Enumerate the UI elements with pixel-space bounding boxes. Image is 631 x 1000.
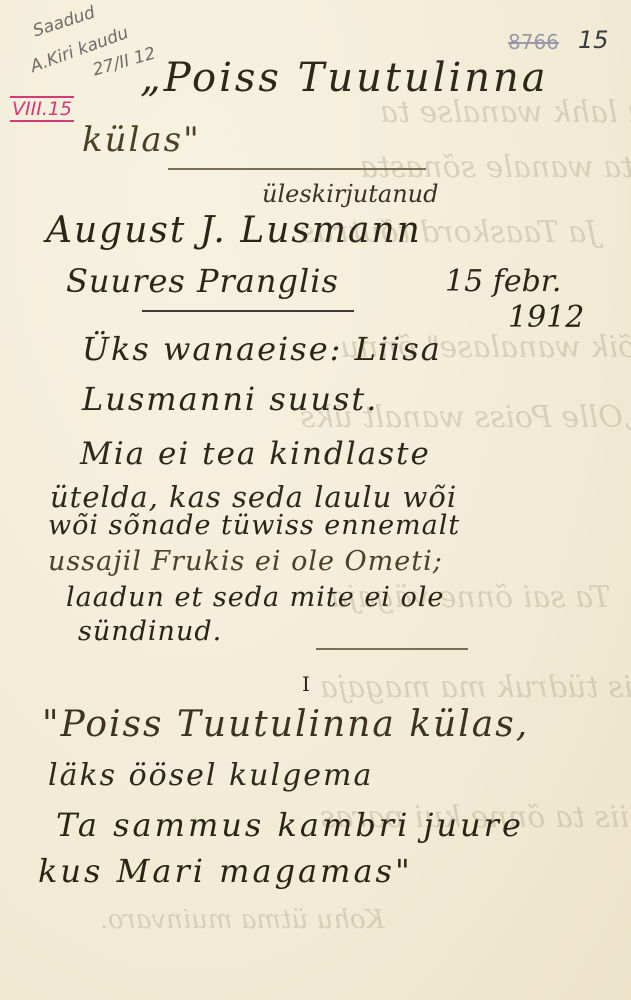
source-line: Lusmanni suust.: [82, 380, 378, 418]
verse-line: "Poiss Tuutulinna külas,: [42, 704, 529, 745]
title-line-2: külas": [82, 120, 201, 160]
note-line: ütelda, kas seda laulu wõi: [50, 480, 457, 514]
title-line-1: „Poiss Tuutulinna: [140, 55, 549, 101]
collector-name: August J. Lusmann: [46, 210, 422, 251]
page-number: 15: [578, 26, 609, 54]
verse-line: kus Mari magamas": [38, 852, 413, 890]
note-line: laadun et seda mite ei ole: [66, 582, 444, 613]
page-number-struck: 8766: [508, 30, 559, 54]
verse-line: Ta sammus kambri juure: [56, 806, 524, 844]
place: Suures Pranglis: [66, 262, 339, 300]
section-divider: [316, 648, 468, 650]
verse-number: I: [302, 672, 310, 696]
place-underline: [142, 310, 354, 312]
source-line: Üks wanaeise: Liisa: [82, 330, 442, 368]
note-line: wõi sõnade tüwiss ennemalt: [48, 510, 460, 541]
title-underline: [168, 168, 426, 170]
manuscript-page: Ta lahk wanalse ta Siis ta wanale sõnast…: [0, 0, 631, 1000]
bleed-through-text: Siis tüdruk ma magaja: [320, 670, 631, 705]
date: 15 febr.: [445, 264, 561, 299]
archive-red-mark: VIII.15: [10, 96, 74, 122]
verse-line: läks öösel kulgema: [48, 758, 373, 793]
note-line: ussajil Frukis ei ole Ometi;: [48, 546, 443, 577]
year: 1912: [508, 300, 584, 335]
note-line: sündinud.: [78, 616, 222, 647]
bleed-through-text: Kohu ütma muinvaro.: [100, 905, 384, 935]
note-line: Mia ei tea kindlaste: [80, 436, 431, 472]
recorded-by-label: üleskirjutanud: [262, 180, 438, 208]
